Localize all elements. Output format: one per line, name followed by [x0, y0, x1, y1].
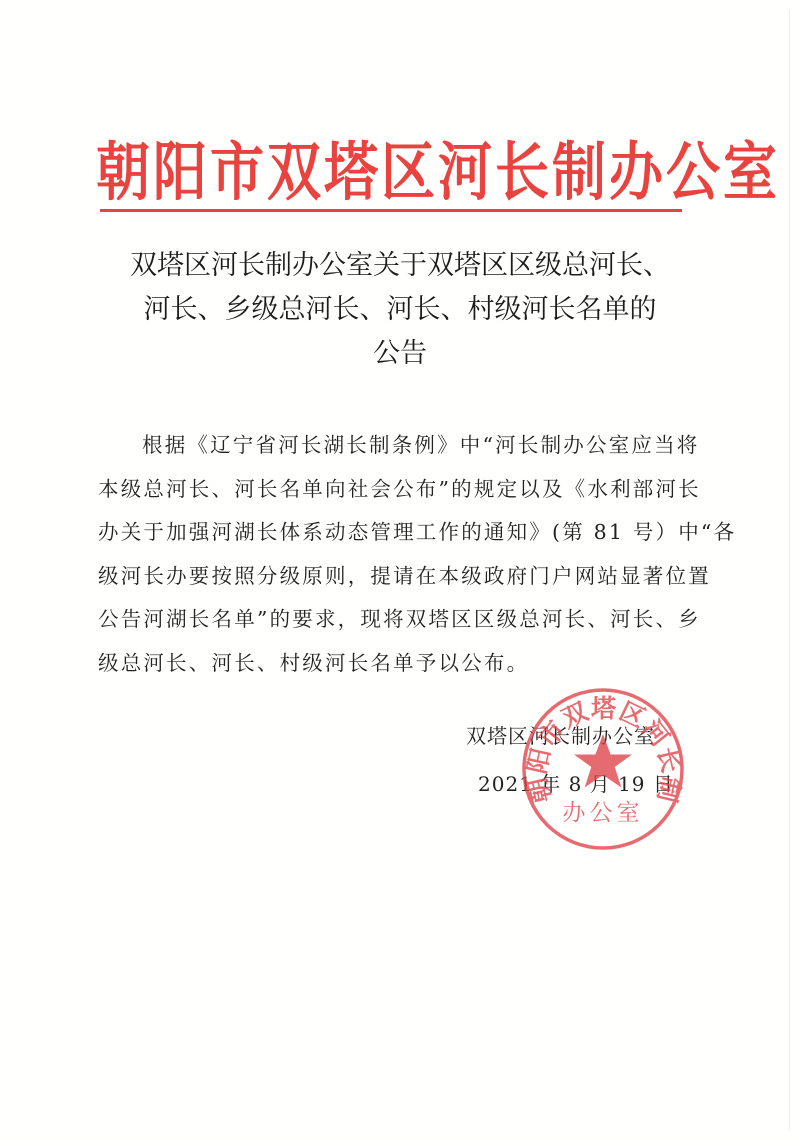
body-line: 级总河长、河长、村级河长名单予以公布。	[98, 642, 708, 686]
title-line: 河长、乡级总河长、河长、村级河长名单的	[90, 288, 710, 332]
body-line: 本级总河长、河长名单向社会公布”的规定以及《水利部河长	[98, 468, 708, 512]
document-page: 朝阳市双塔区河长制办公室 双塔区河长制办公室关于双塔区区级总河长、 河长、乡级总…	[0, 0, 800, 1141]
body-line: 办关于加强河湖长体系动态管理工作的通知》(第 81 号）中“各	[98, 511, 708, 555]
masthead-title: 朝阳市双塔区河长制办公室	[96, 128, 696, 218]
body-line: 根据《辽宁省河长湖长制条例》中“河长制办公室应当将	[98, 424, 708, 468]
body-line: 公告河湖长名单”的要求，现将双塔区区级总河长、河长、乡	[98, 598, 708, 642]
title-line: 双塔区河长制办公室关于双塔区区级总河长、	[90, 244, 710, 288]
body-line: 级河长办要按照分级原则，提请在本级政府门户网站显著位置	[98, 555, 708, 599]
signature-block: 双塔区河长制办公室 2021 年 8 月 19 日	[466, 712, 674, 808]
red-divider-rule	[100, 209, 682, 212]
issue-date: 2021 年 8 月 19 日	[466, 760, 674, 808]
body-paragraph: 根据《辽宁省河长湖长制条例》中“河长制办公室应当将 本级总河长、河长名单向社会公…	[98, 424, 708, 685]
title-line: 公告	[90, 332, 710, 376]
document-title: 双塔区河长制办公室关于双塔区区级总河长、 河长、乡级总河长、河长、村级河长名单的…	[90, 244, 710, 376]
issuer-name: 双塔区河长制办公室	[466, 712, 674, 760]
scan-edge-line	[789, 10, 790, 1130]
